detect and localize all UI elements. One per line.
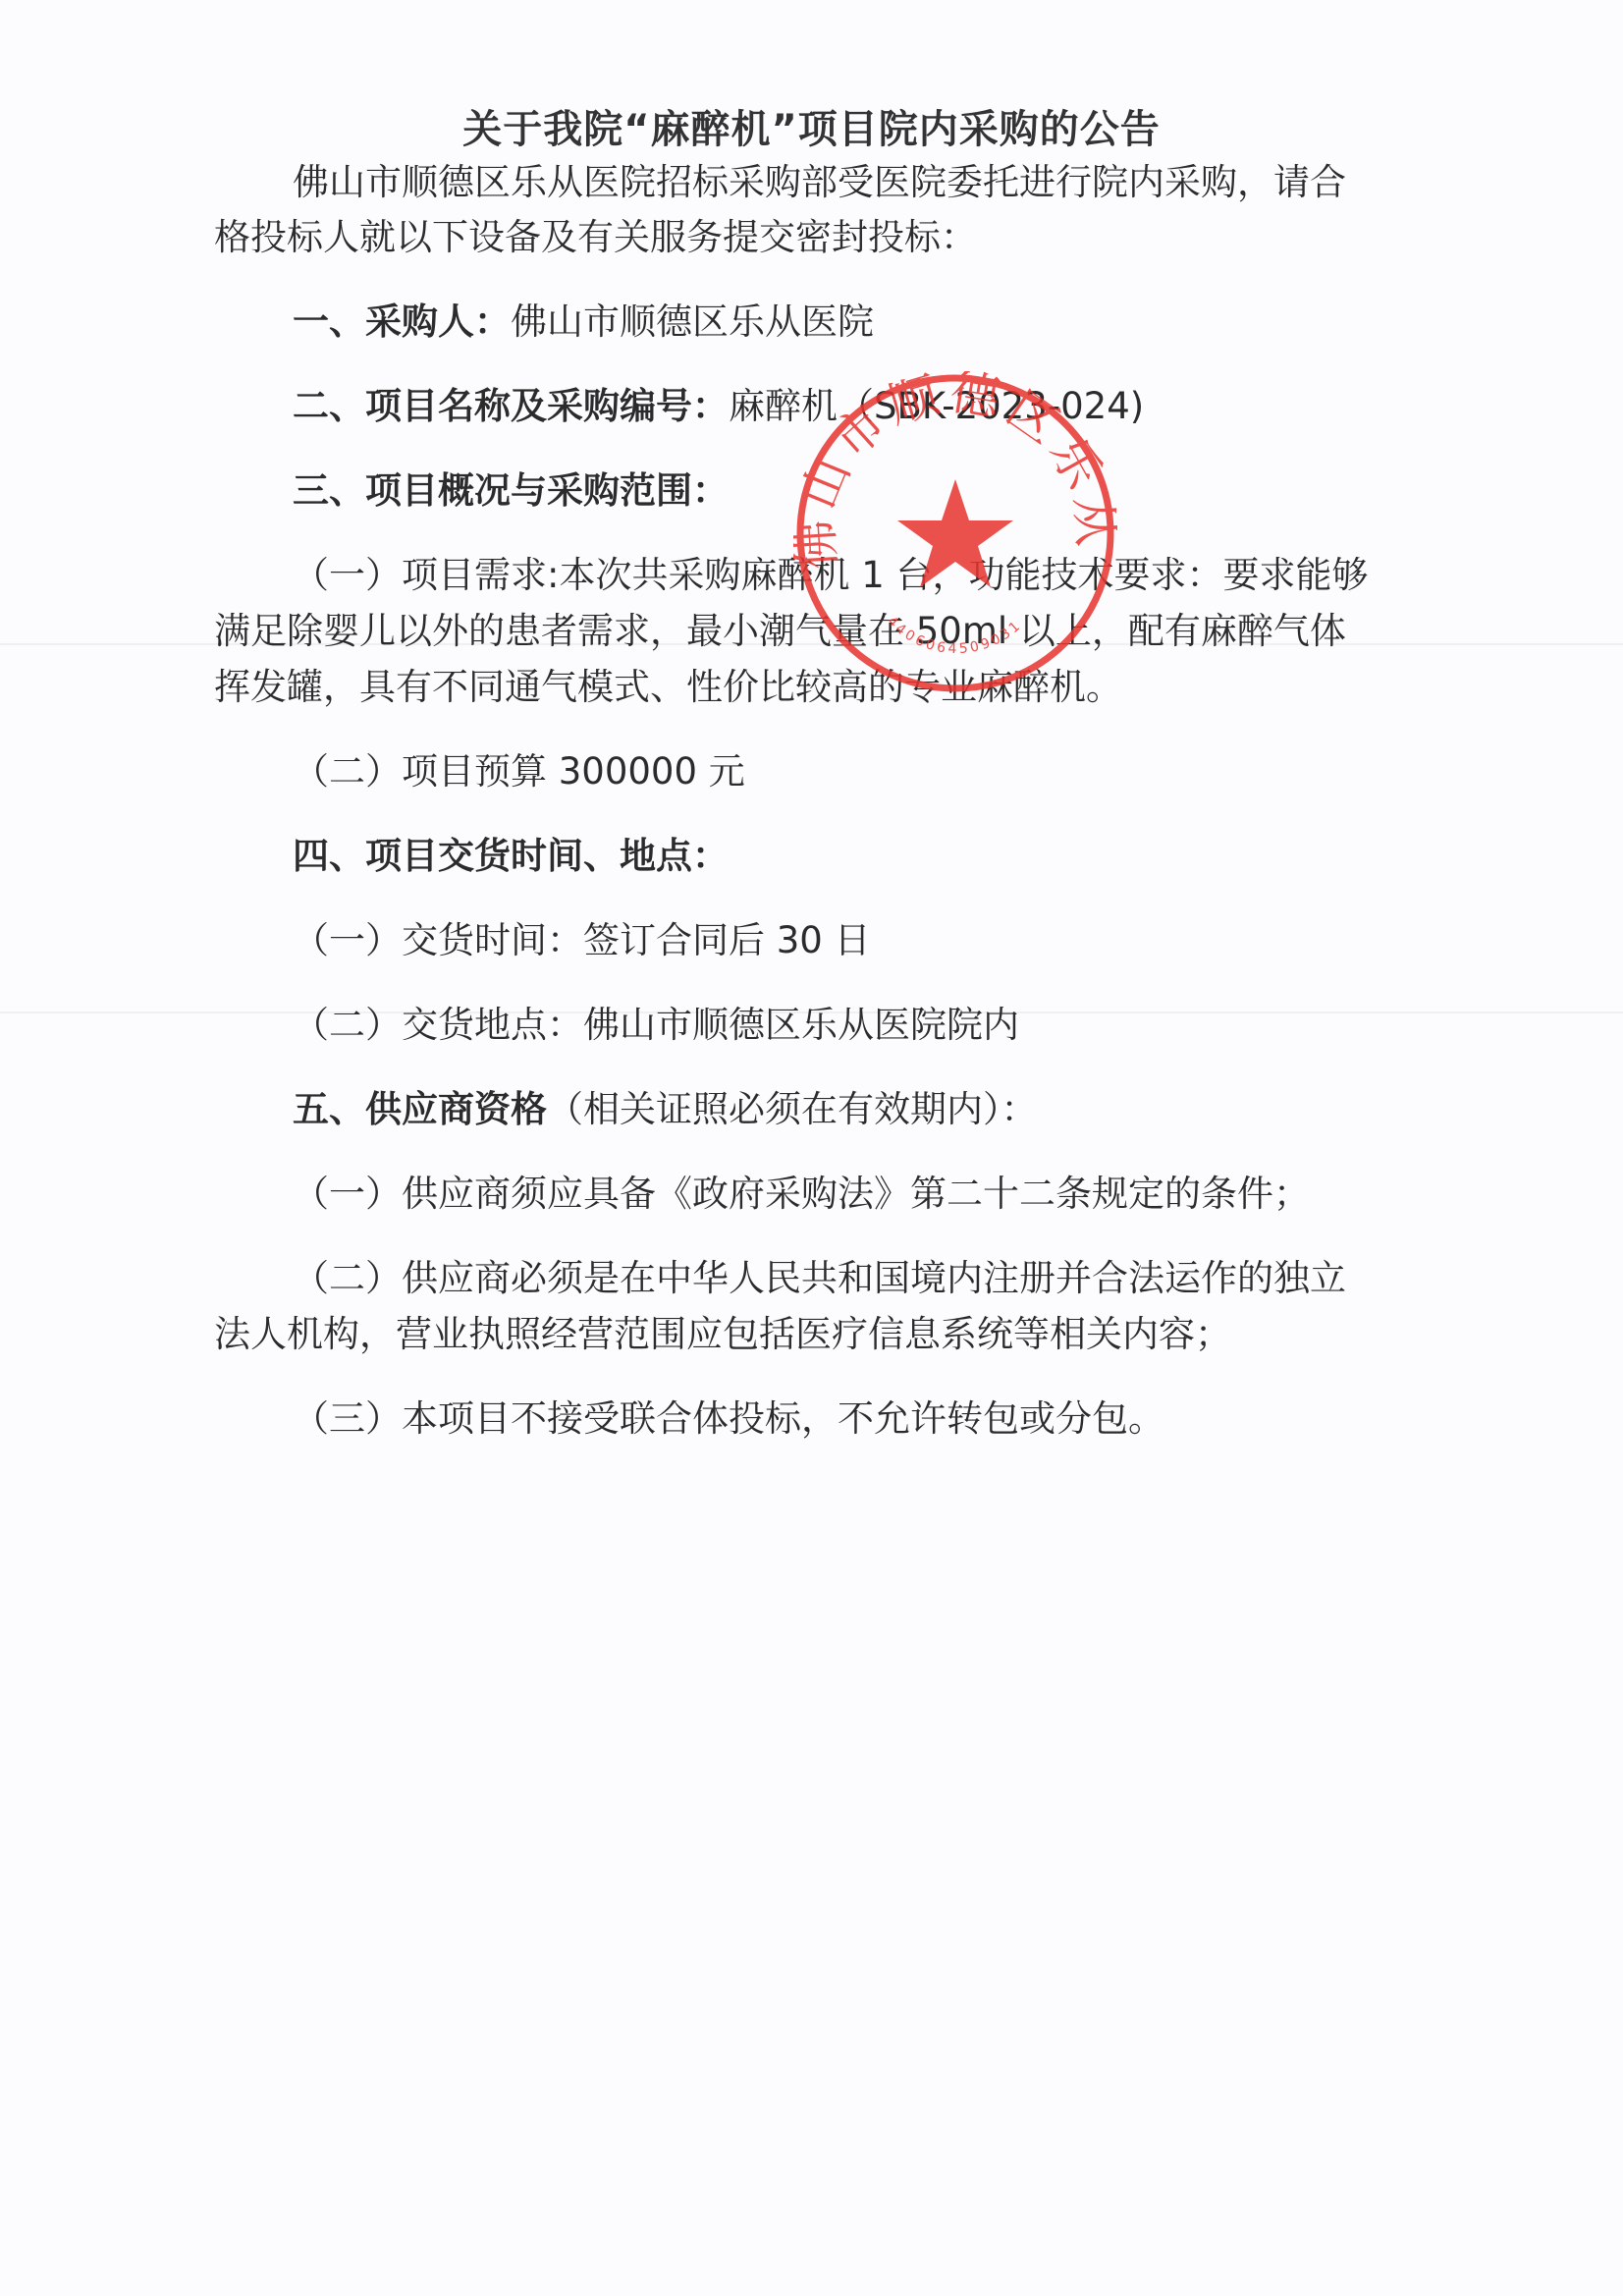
section-1-text: 佛山市顺德区乐从医院 [511,301,874,343]
intro-line-2: 格投标人就以下设备及有关服务提交密封投标： [214,207,977,260]
document-title: 关于我院“麻醉机”项目院内采购的公告 [0,98,1623,154]
section-5-item-2-line-1: （二）供应商必须是在中华人民共和国境内注册并合法运作的独立 [293,1248,1346,1301]
section-2: 二、项目名称及采购编号：麻醉机（SBK-2023-024) [293,376,1144,429]
section-3-item-2: （二）项目预算 300000 元 [293,741,745,794]
section-3-item-1-line-1: （一）项目需求:本次共采购麻醉机 1 台，功能技术要求：要求能够 [293,545,1369,598]
section-5-item-1: （一）供应商须应具备《政府采购法》第二十二条规定的条件； [293,1164,1310,1217]
section-4-item-1: （一）交货时间：签订合同后 30 日 [293,910,871,963]
section-1: 一、采购人：佛山市顺德区乐从医院 [293,292,874,345]
section-2-heading: 二、项目名称及采购编号： [293,385,729,427]
section-4-heading: 四、项目交货时间、地点： [293,826,729,879]
section-5-heading-note: （相关证照必须在有效期内）： [547,1088,1038,1130]
intro-line-1: 佛山市顺德区乐从医院招标采购部受医院委托进行院内采购，请合 [293,152,1346,205]
section-4-item-2: （二）交货地点：佛山市顺德区乐从医院院内 [293,995,1019,1048]
section-3-item-1-line-2: 满足除婴儿以外的患者需求，最小潮气量在 50ml 以上，配有麻醉气体 [214,601,1346,654]
section-5-heading: 五、供应商资格 [293,1088,547,1130]
section-5-item-2-line-2: 法人机构，营业执照经营范围应包括医疗信息系统等相关内容； [214,1304,1231,1357]
section-2-text: 麻醉机（SBK-2023-024) [729,385,1144,427]
section-5-item-3: （三）本项目不接受联合体投标，不允许转包或分包。 [293,1389,1164,1442]
section-1-heading: 一、采购人： [293,301,511,343]
section-3-item-1-line-3: 挥发罐，具有不同通气模式、性价比较高的专业麻醉机。 [214,657,1122,710]
section-3-heading: 三、项目概况与采购范围： [293,461,729,514]
document-page: 关于我院“麻醉机”项目院内采购的公告 佛山市顺德区乐从医院招标采购部受医院委托进… [0,0,1623,2296]
section-5: 五、供应商资格（相关证照必须在有效期内）： [293,1079,1038,1132]
